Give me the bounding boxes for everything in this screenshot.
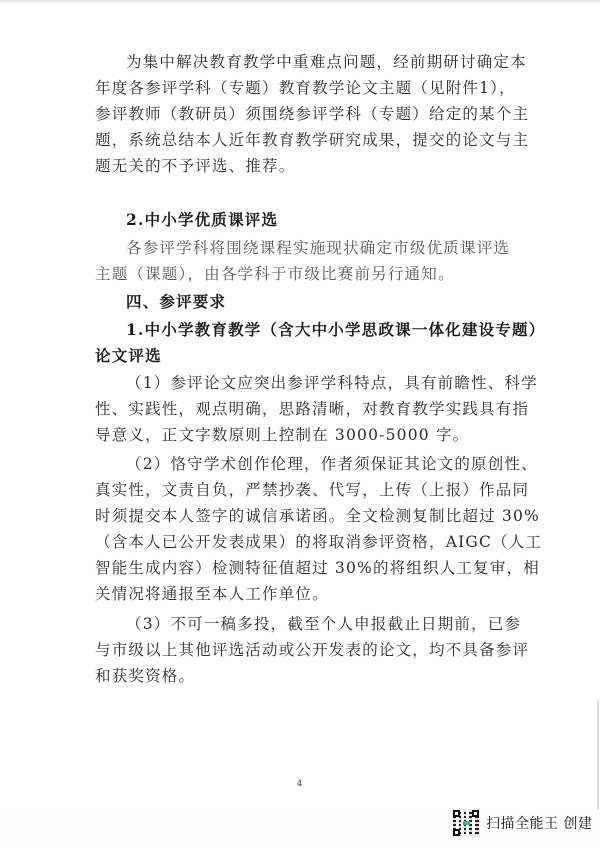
qr-code-icon <box>452 809 480 837</box>
section-heading: 2.中小学优质课评选 <box>126 210 505 230</box>
document-page: 为集中解决教育教学中重难点问题，经前期研讨确定本 年度各参评学科（专题）教育教学… <box>0 0 600 810</box>
paragraph-line: （2）恪守学术创作伦理，作者须保证其论文的原创性、 <box>126 454 505 474</box>
paragraph-line: 为集中解决教育教学中重难点问题，经前期研讨确定本 <box>126 52 505 72</box>
paragraph-line: （3）不可一稿多投，截至个人申报截止日期前，已参 <box>126 614 505 634</box>
paragraph-line: 题，系统总结本人近年教育教学研究成果，提交的论文与主 <box>95 130 505 150</box>
paragraph-line: 题无关的不予评选、推荐。 <box>95 156 505 176</box>
watermark-text: 扫描全能王 创建 <box>486 813 592 833</box>
section-heading: 四、参评要求 <box>126 292 505 312</box>
scan-right-edge <box>597 700 599 810</box>
paragraph-line: 和获奖资格。 <box>95 666 505 686</box>
paragraph-line: 性、实践性，观点明确，思路清晰，对教育教学实践具有指 <box>95 399 505 419</box>
scan-top-edge <box>0 0 600 3</box>
paragraph-line: 时须提交本人签字的诚信承诺函。全文检测复制比超过 30% <box>95 506 505 526</box>
page-number: 4 <box>297 779 302 788</box>
paragraph-line: 参评教师（教研员）须围绕参评学科（专题）给定的某个主 <box>95 104 505 124</box>
subsection-heading: 1.中小学教育教学（含大中小学思政课一体化建设专题） <box>126 320 505 340</box>
paragraph-line: 导意义，正文字数原则上控制在 3000-5000 字。 <box>95 425 505 445</box>
paragraph-line: 关情况将通报至本人工作单位。 <box>95 584 505 604</box>
scanner-watermark: 扫描全能王 创建 <box>452 808 592 838</box>
paragraph-line: 年度各参评学科（专题）教育教学论文主题（见附件1）， <box>95 78 505 98</box>
paragraph-line: 智能生成内容）检测特征值超过 30%的将组织人工复审，相 <box>95 558 505 578</box>
paragraph-line: 主题（课题），由各学科于市级比赛前另行通知。 <box>95 264 505 284</box>
paragraph-line: 与市级以上其他评选活动或公开发表的论文，均不具备参评 <box>95 640 505 660</box>
paragraph-line: （含本人已公开发表成果）的将取消参评资格，AIGC（人工 <box>95 532 505 552</box>
paragraph-line: （1）参评论文应突出参评学科特点，具有前瞻性、科学 <box>126 373 505 393</box>
paragraph-line: 各参评学科将围绕课程实施现状确定市级优质课评选 <box>126 238 505 258</box>
paragraph-line: 真实性，文责自负，严禁抄袭、代写，上传（上报）作品同 <box>95 480 505 500</box>
subsection-heading: 论文评选 <box>95 346 505 366</box>
